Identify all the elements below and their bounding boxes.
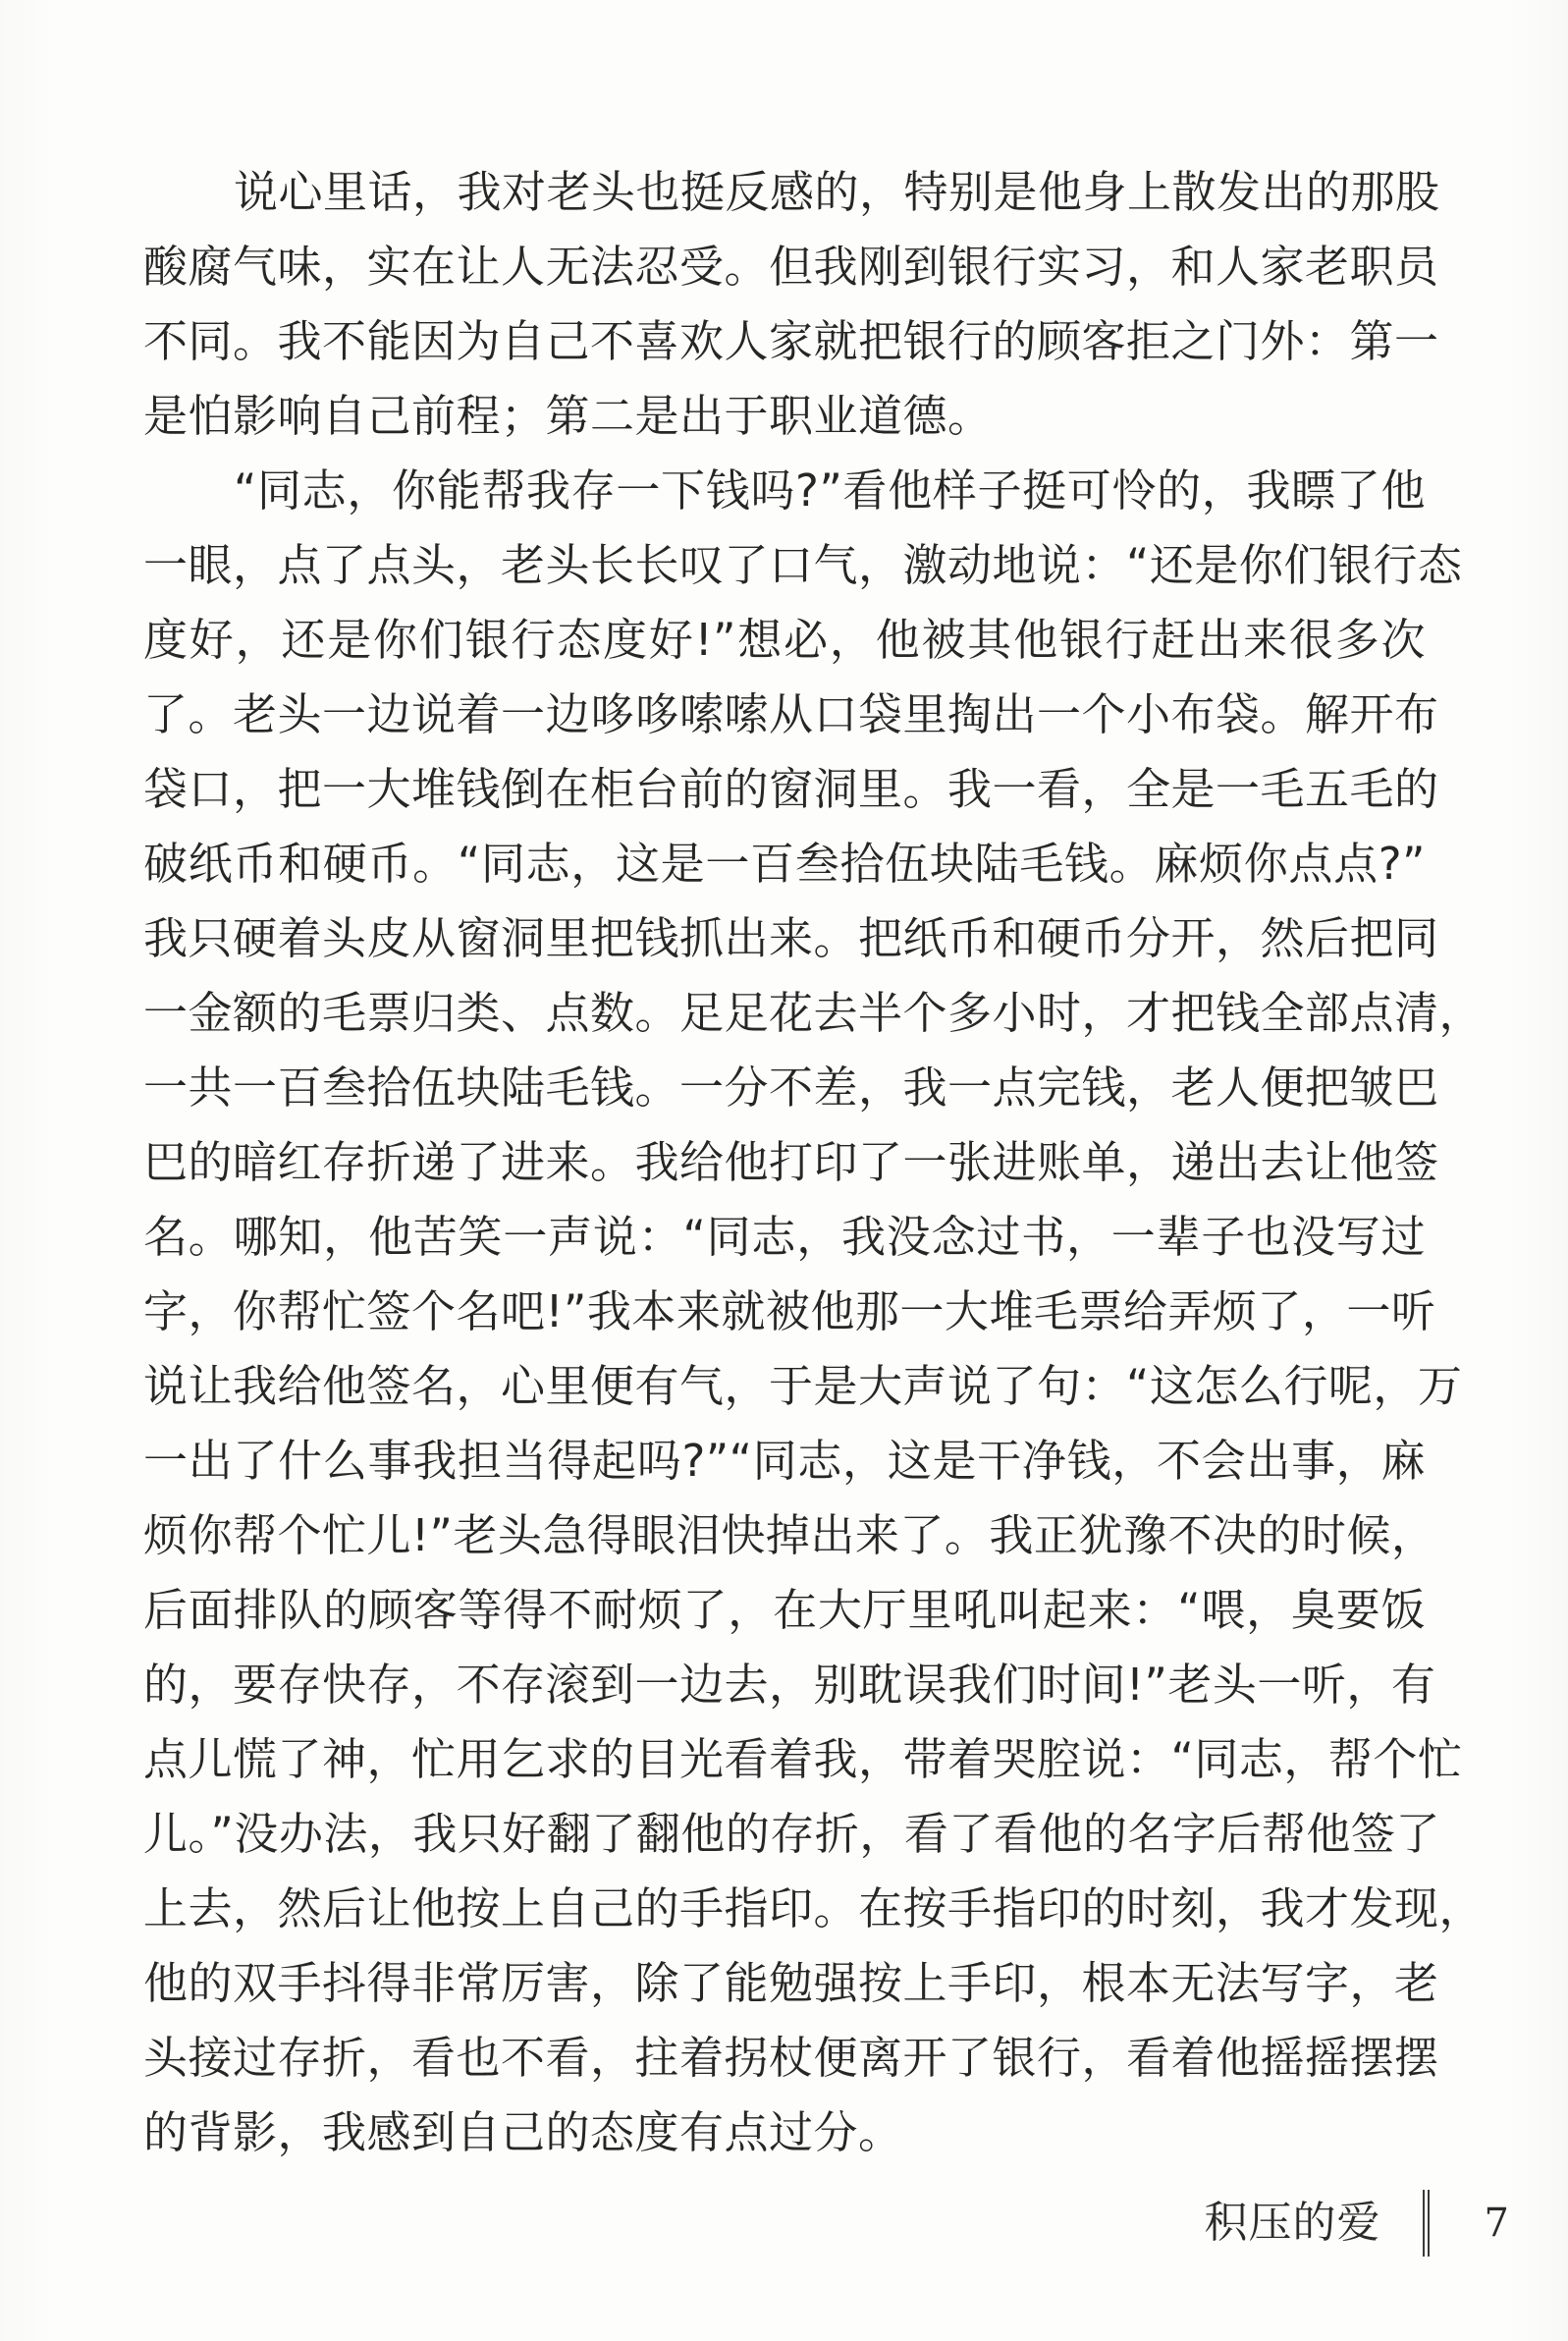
text-line: 我只硬着头皮从窗洞里把钱抓出来。把纸币和硬币分开，然后把同 [143, 901, 1426, 976]
text-line: 说让我给他签名，心里便有气，于是大声说了句：“这怎么行呢，万 [143, 1349, 1426, 1424]
text-line: 袋口，把一大堆钱倒在柜台前的窗洞里。我一看，全是一毛五毛的 [143, 752, 1426, 827]
text-line: 烦你帮个忙儿!”老头急得眼泪快掉出来了。我正犹豫不决的时候， [143, 1498, 1426, 1573]
page-number: 7 [1485, 2188, 1509, 2259]
text-line: 度好，还是你们银行态度好!”想必，他被其他银行赶出来很多次 [143, 603, 1426, 678]
text-line: 巴的暗红存折递了进来。我给他打印了一张进账单，递出去让他签 [143, 1125, 1426, 1200]
story-text: 说心里话，我对老头也挺反感的，特别是他身上散发出的那股 酸腐气味，实在让人无法忍… [143, 155, 1426, 2170]
text-line: 后面排队的顾客等得不耐烦了，在大厅里吼叫起来：“喂，臭要饭 [143, 1573, 1426, 1648]
text-line: 名。哪知，他苦笑一声说：“同志，我没念过书，一辈子也没写过 [143, 1200, 1426, 1275]
text-line: 了。老头一边说着一边哆哆嗦嗦从口袋里掏出一个小布袋。解开布 [143, 678, 1426, 752]
text-line: 点儿慌了神，忙用乞求的目光看着我，带着哭腔说：“同志，帮个忙 [143, 1722, 1426, 1797]
text-line: 一出了什么事我担当得起吗?”“同志，这是干净钱，不会出事，麻 [143, 1424, 1426, 1498]
text-line: 头接过存折，看也不看，拄着拐杖便离开了银行，看着他摇摇摆摆 [143, 2021, 1426, 2096]
text-line: 的，要存快存，不存滚到一边去，别耽误我们时间!”老头一听，有 [143, 1648, 1426, 1722]
text-line: 字，你帮忙签个名吧!”我本来就被他那一大堆毛票给弄烦了，一听 [143, 1275, 1426, 1349]
text-line: 破纸币和硬币。“同志，这是一百叁拾伍块陆毛钱。麻烦你点点?” [143, 827, 1426, 901]
running-title: 积压的爱 [1205, 2188, 1381, 2259]
text-line: “同志，你能帮我存一下钱吗?”看他样子挺可怜的，我瞟了他 [143, 454, 1426, 528]
text-line: 不同。我不能因为自己不喜欢人家就把银行的顾客拒之门外：第一 [143, 304, 1426, 379]
text-line: 一共一百叁拾伍块陆毛钱。一分不差，我一点完钱，老人便把皱巴 [143, 1051, 1426, 1125]
page-footer: 积压的爱 7 [1205, 2188, 1509, 2259]
text-line: 是怕影响自己前程；第二是出于职业道德。 [143, 379, 1426, 454]
text-line: 的背影，我感到自己的态度有点过分。 [143, 2096, 1426, 2170]
text-line: 一眼，点了点头，老头长长叹了口气，激动地说：“还是你们银行态 [143, 528, 1426, 603]
double-rule-divider [1423, 2190, 1430, 2257]
text-line: 说心里话，我对老头也挺反感的，特别是他身上散发出的那股 [143, 155, 1426, 230]
text-line: 酸腐气味，实在让人无法忍受。但我刚到银行实习，和人家老职员 [143, 230, 1426, 304]
text-line: 一金额的毛票归类、点数。足足花去半个多小时，才把钱全部点清， [143, 976, 1426, 1051]
book-page: 说心里话，我对老头也挺反感的，特别是他身上散发出的那股 酸腐气味，实在让人无法忍… [0, 0, 1568, 2341]
text-line: 他的双手抖得非常厉害，除了能勉强按上手印，根本无法写字，老 [143, 1946, 1426, 2021]
text-line: 上去，然后让他按上自己的手指印。在按手指印的时刻，我才发现， [143, 1872, 1426, 1946]
text-line: 儿。”没办法，我只好翻了翻他的存折，看了看他的名字后帮他签了 [143, 1797, 1426, 1872]
